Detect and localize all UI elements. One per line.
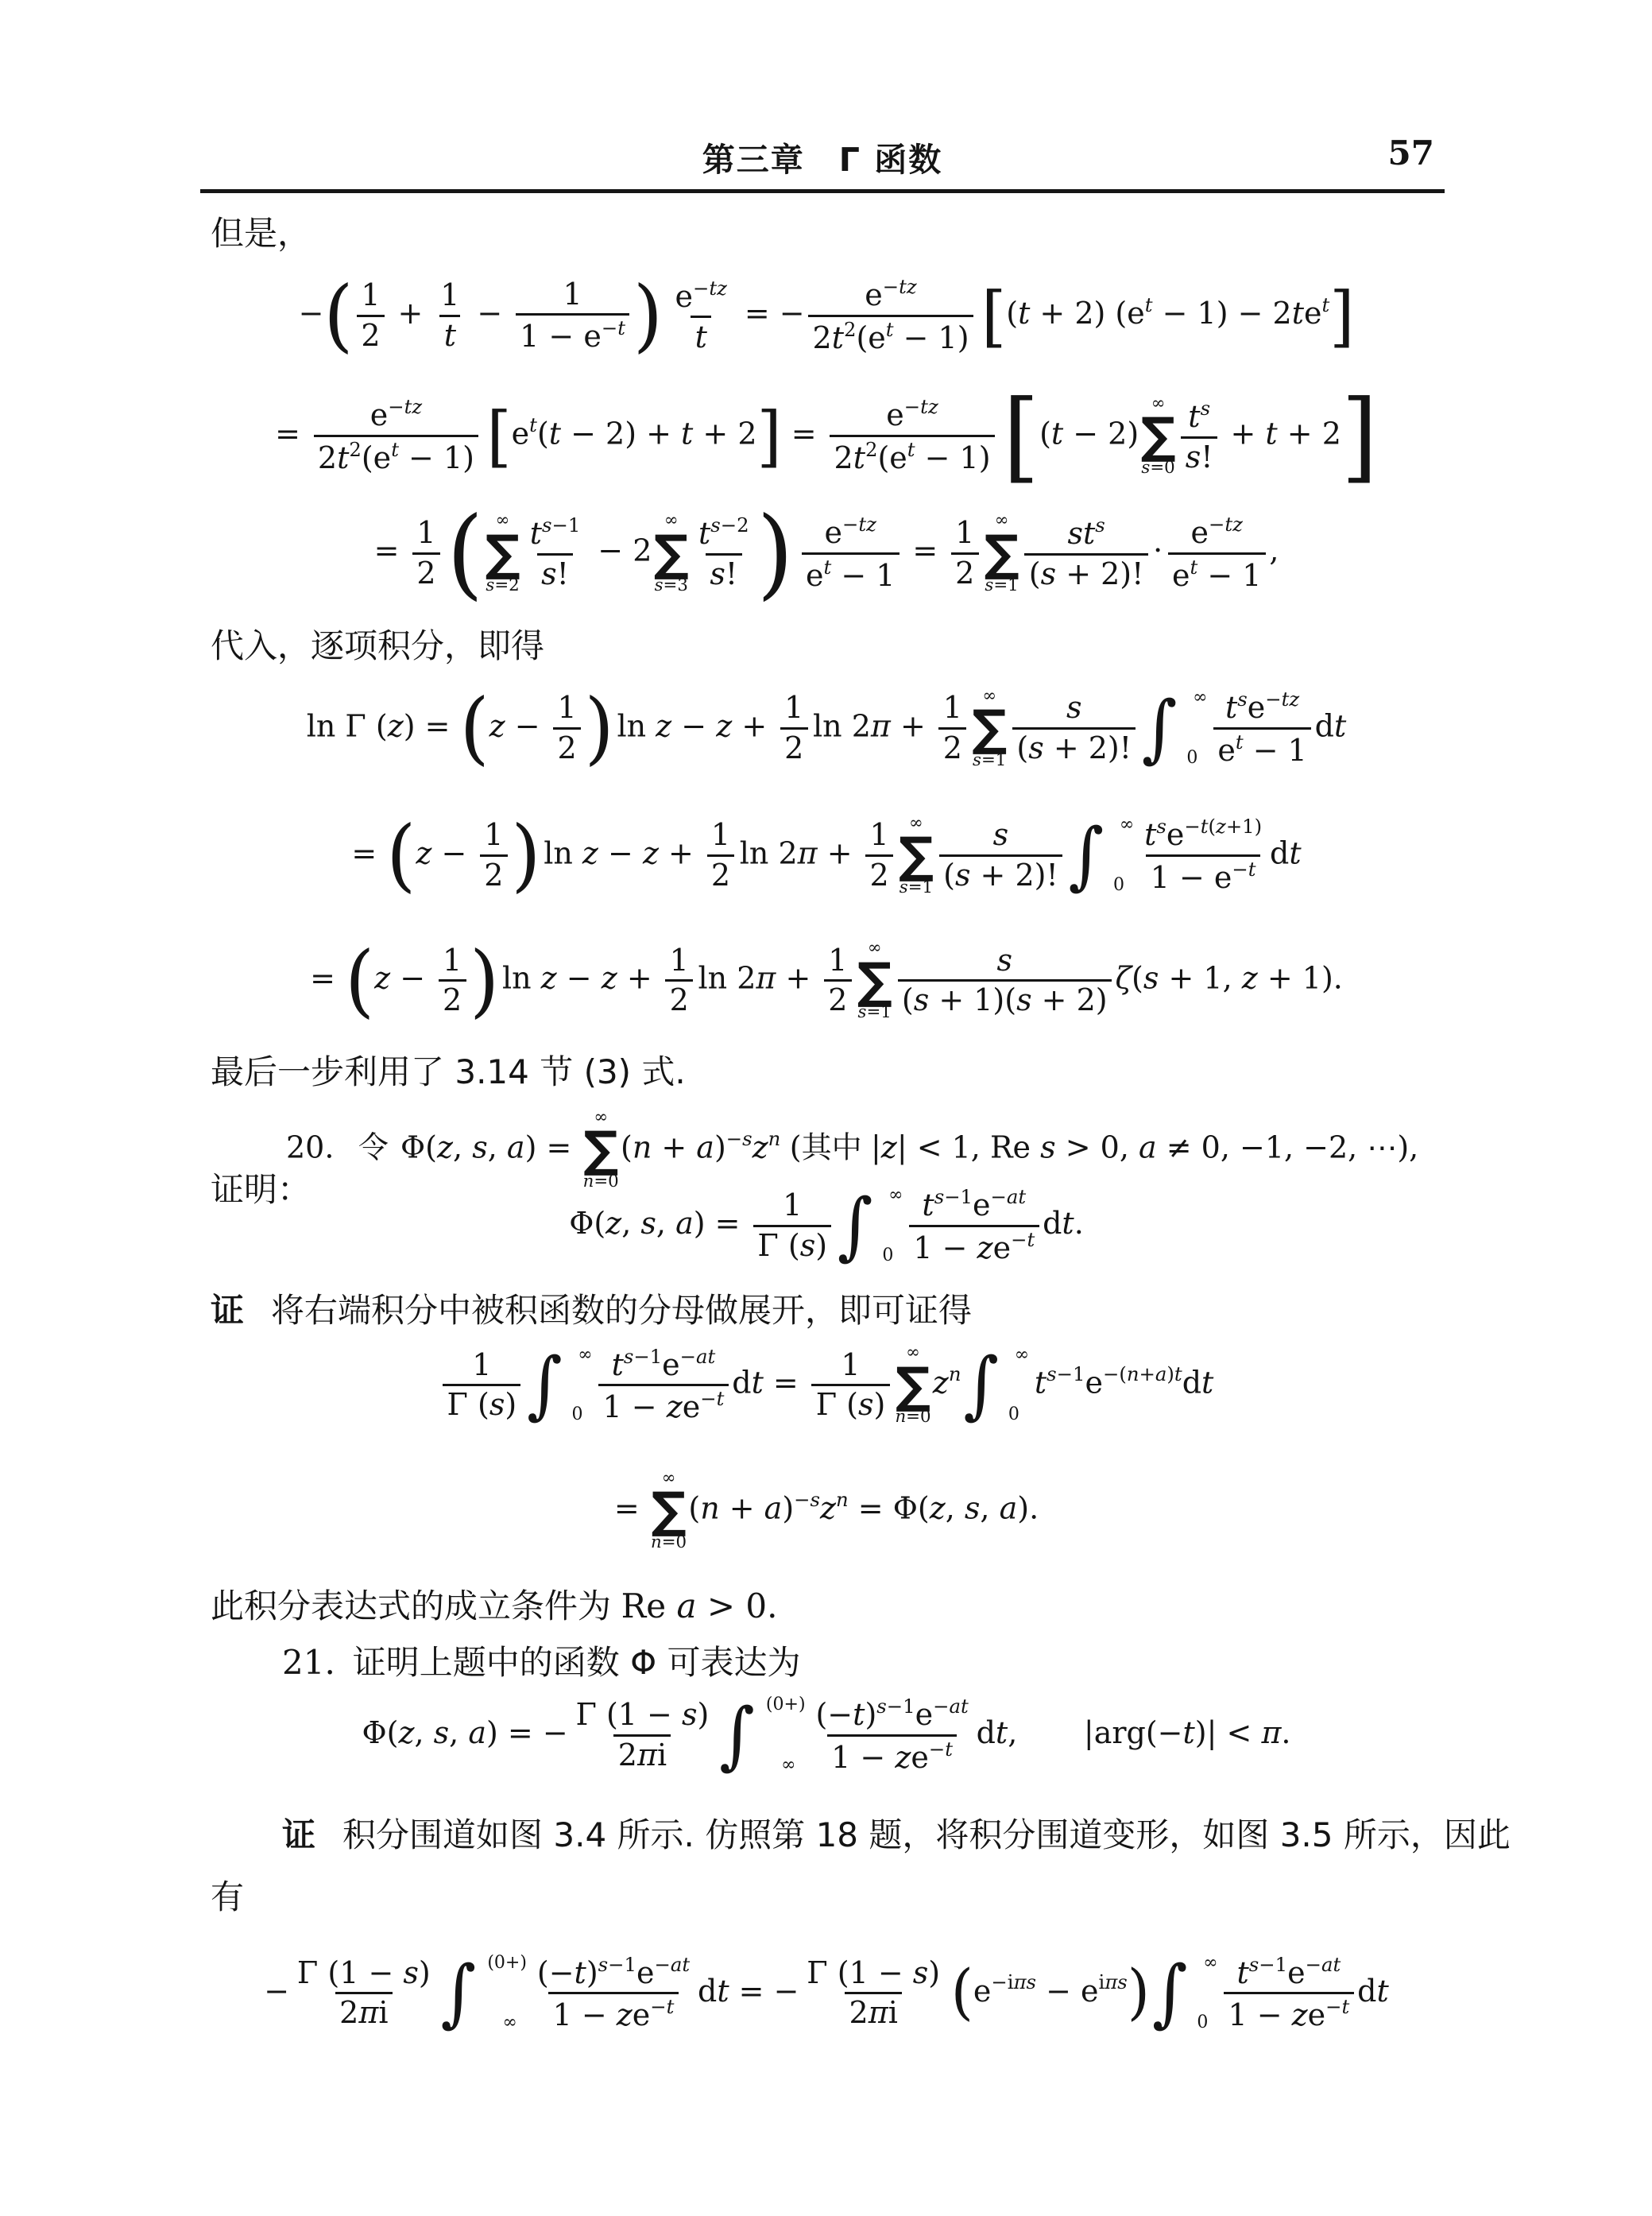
math-mr: e — [973, 1187, 991, 1222]
math-mr: ! — [725, 556, 737, 591]
math-mr: + 2)! — [1044, 730, 1132, 765]
math-mr: , — [488, 1129, 507, 1164]
chapter-number: 第三章 — [702, 141, 805, 179]
math-mr: 2 — [558, 730, 577, 765]
math-mfrac: 11 − e−t — [516, 276, 629, 357]
math-mi: s — [914, 982, 930, 1017]
math-mi: t — [667, 1995, 675, 2018]
math-mr: ! — [1201, 440, 1213, 475]
math-mi: a — [1139, 1129, 1157, 1164]
math-mr: 2 — [865, 438, 877, 461]
math-mi: t — [717, 1973, 729, 2008]
math-mr: d — [1357, 1973, 1376, 2008]
math-ilim: ∞ — [781, 1757, 795, 1774]
math-mfrac: s(s + 1)(s + 2) — [898, 942, 1112, 1021]
math-mr: − — [654, 1953, 670, 1976]
math-mr: 1 — [670, 943, 689, 978]
math-mr: − — [602, 316, 617, 339]
math-fnum: e−tz — [671, 276, 731, 316]
math-mi: n — [768, 1127, 781, 1150]
math-mr: ( — [1209, 815, 1217, 838]
math-mi: t — [1174, 1362, 1182, 1385]
math-msup: s — [1201, 398, 1210, 420]
math-slim: s=3 — [655, 576, 688, 595]
math-mr: − e — [1036, 1973, 1099, 2008]
math-fnum: s — [1062, 689, 1086, 727]
math-fnum: 1 — [780, 689, 808, 727]
paragraph-last-step: 最后一步利用了 3.14 节 (3) 式. — [135, 1047, 1518, 1097]
math-mr: (e — [856, 320, 885, 355]
math-fnum: e−tz — [366, 394, 426, 435]
math-mr: + 2 — [1278, 416, 1341, 451]
math-msup: −at — [680, 1346, 716, 1368]
math-msup: t — [529, 416, 537, 435]
math-msup: s — [1156, 816, 1166, 838]
math-mdel: ( — [386, 822, 416, 889]
math-mr: ) — [782, 1490, 794, 1525]
math-fnum: 1 — [665, 942, 693, 980]
math-fnum: tse−tz — [1221, 687, 1304, 727]
math-mi: t — [444, 318, 456, 353]
math-mfrac: sts(s + 2)! — [1024, 513, 1147, 594]
math-mr: − — [431, 835, 476, 870]
math-msup: −tz — [842, 514, 876, 536]
math-sgl: ∑ — [1140, 413, 1175, 459]
math-mr: e — [886, 397, 904, 432]
math-mi: a — [696, 1129, 714, 1164]
math-mr: 1 — [783, 1187, 802, 1222]
math-mi: t — [1144, 817, 1156, 852]
math-mi: s — [965, 1490, 981, 1525]
math-mr: e — [370, 397, 389, 432]
math-msup: −tz — [1209, 514, 1243, 536]
math-mi: s — [996, 943, 1012, 978]
math-mr: ( — [1132, 960, 1143, 995]
math-mr: ( — [1006, 296, 1018, 331]
math-mi: t — [1051, 416, 1063, 451]
math-mr: 0 — [882, 1246, 893, 1265]
math-mi: s — [1041, 556, 1057, 591]
math-fnum: 1 — [824, 942, 852, 980]
chapter-heading: 第三章 Γ 函数 — [203, 134, 1442, 180]
math-mr: Γ ( — [447, 1387, 489, 1422]
math-mr: = − — [735, 296, 805, 331]
math-mr: ∞ — [781, 1755, 795, 1775]
math-mr: + — [891, 708, 935, 743]
math-slim: s=0 — [1141, 459, 1174, 478]
math-mfrac: Γ (1 − s)2πi — [293, 1954, 435, 2033]
math-sgl: ∑ — [899, 833, 934, 878]
math-mi: z — [752, 1129, 768, 1164]
math-mi: t — [549, 416, 561, 451]
math-mr: = − — [729, 1973, 799, 2008]
math-mint: ∫∞0 — [964, 1351, 1030, 1420]
math-mr: (e — [362, 440, 391, 475]
math-mr: = — [614, 1490, 649, 1525]
math-mr: − — [693, 277, 709, 300]
math-mdel: ) — [585, 695, 614, 762]
math-mr: · — [1153, 533, 1163, 568]
math-fnum: 1 — [951, 514, 979, 552]
math-msup: s−1 — [876, 1696, 915, 1718]
math-mc: 其中 — [802, 1129, 862, 1164]
math-mr: + — [818, 835, 862, 870]
math-mi: n — [836, 1488, 849, 1511]
math-mr: Γ (1 − — [297, 1955, 403, 1990]
math-mr: + 2)! — [1056, 556, 1143, 591]
math-mr: −1 — [944, 1185, 973, 1208]
math-mr: Γ ( — [816, 1387, 858, 1422]
math-mr: |arg(− — [1084, 1715, 1183, 1750]
math-msup: −tz — [693, 278, 727, 300]
math-mr: e — [662, 1347, 680, 1382]
math-fnum: ts — [1184, 396, 1214, 436]
math-fnum: 1 — [938, 689, 966, 727]
math-mr: − — [883, 275, 899, 298]
math-mr: , — [946, 1490, 965, 1525]
math-mr: 0 — [1008, 1404, 1019, 1424]
equation-identity-line-1: −(12 + 1t − 11 − e−t)e−tzt = −e−tz2t2(et… — [135, 263, 1518, 369]
math-mr: ) — [714, 1129, 726, 1164]
math-mfrac: s(s + 2)! — [1012, 689, 1136, 768]
math-mi: π — [869, 1995, 888, 2030]
math-mr: − — [933, 1695, 949, 1718]
math-mr: =0 — [906, 1407, 930, 1427]
math-mi: z — [643, 835, 659, 870]
math-fden: 2 — [553, 727, 581, 768]
math-mfrac: e−tz2t2(et − 1) — [314, 394, 479, 478]
math-mr: ∞ — [1193, 688, 1207, 707]
math-mi: tz — [1282, 688, 1300, 711]
math-mr: e — [675, 279, 693, 314]
math-mr: ) — [815, 1228, 827, 1263]
math-mi: tz — [858, 513, 876, 536]
math-msup: 2 — [844, 320, 856, 341]
problem-21-text: 证明上题中的函数 Φ 可表达为 — [353, 1643, 801, 1682]
math-mr: d — [1043, 1206, 1062, 1241]
math-mi: s — [858, 1002, 867, 1022]
math-fnum: Γ (1 − s) — [803, 1954, 944, 1993]
math-mr: ∞ — [888, 1185, 903, 1205]
math-fden: 2t2(et − 1) — [830, 435, 995, 478]
math-mr: i — [378, 1995, 388, 2030]
math-fden: t — [691, 316, 711, 356]
math-fnum: Γ (1 − s) — [293, 1954, 435, 1993]
math-mr: ( — [943, 858, 955, 893]
math-mdel: ] — [1329, 288, 1354, 344]
math-fden: 2 — [865, 854, 893, 895]
math-mr: , — [453, 1129, 472, 1164]
math-mr: − — [390, 960, 435, 995]
math-msup: −tz — [388, 397, 422, 418]
math-mfrac: 12 — [480, 816, 508, 895]
math-mr: 1 — [361, 277, 380, 312]
math-sgl: ∑ — [651, 1488, 686, 1533]
math-mi: s — [486, 575, 494, 595]
math-msup: −(n+a)t — [1103, 1365, 1182, 1384]
math-mi: t — [1322, 293, 1330, 316]
math-mr: , — [449, 1715, 468, 1750]
math-msup: −tz — [904, 397, 938, 418]
math-mr: e — [973, 1973, 992, 2008]
math-fnum: e−tz — [882, 394, 942, 435]
math-mr: 2 — [834, 440, 853, 475]
math-mr: (− — [815, 1697, 853, 1732]
math-mr: − 1) − 2 — [1153, 296, 1292, 331]
math-mfrac: 12 — [439, 942, 466, 1021]
math-mr: 1 — [484, 817, 503, 852]
math-mr: ) — [419, 1955, 431, 1990]
math-mr: (− — [537, 1955, 575, 1990]
math-mi: s — [913, 1955, 929, 1990]
math-fden: 1 − ze−t — [827, 1734, 958, 1777]
math-msup: −t — [929, 1739, 953, 1761]
math-mr: − — [299, 296, 324, 331]
math-fnum: 1 — [837, 1346, 865, 1385]
math-fden: Γ (s) — [811, 1384, 889, 1424]
math-slim: s=1 — [858, 1003, 892, 1022]
math-mr: Γ ( — [757, 1228, 799, 1263]
math-mi: z — [541, 960, 557, 995]
math-mi: s — [876, 1695, 886, 1718]
math-msup: t — [886, 320, 894, 341]
math-mr: 2 — [339, 1995, 358, 2030]
math-mr: + — [652, 1129, 696, 1164]
math-fnum: 1 — [412, 514, 440, 552]
math-mr: Γ (1 − — [807, 1955, 912, 1990]
math-sgl: ∑ — [984, 531, 1019, 576]
math-mi: s — [710, 513, 720, 537]
math-mr: 2 — [318, 440, 337, 475]
math-mr: − — [726, 1127, 742, 1150]
math-mi: z — [667, 1390, 683, 1425]
math-mdel: ( — [323, 282, 353, 350]
equation-lngamma-line-3: = (z − 12)ln z − z + 12ln 2π + 12∞∑s=1s(… — [135, 928, 1518, 1034]
math-mfrac: 12 — [665, 942, 693, 1021]
math-mi: s — [955, 858, 971, 893]
math-mr: =0 — [1150, 458, 1174, 478]
math-mr: − 1 — [831, 558, 895, 593]
math-msum: ∞∑s=3 — [654, 511, 689, 595]
math-mi: s — [682, 1697, 698, 1732]
math-fden: 2 — [665, 979, 693, 1020]
math-mr: − — [904, 395, 920, 418]
math-mdel: ) — [756, 512, 793, 595]
math-ilim: ∞ — [503, 2014, 517, 2032]
math-fden: (s + 2)! — [939, 854, 1062, 895]
math-msup: −at — [933, 1696, 969, 1718]
math-mi: z — [416, 835, 431, 870]
page-header: 第三章 Γ 函数 57 — [203, 134, 1442, 181]
math-mr: − — [467, 296, 512, 331]
equation-lngamma-line-1: ln Γ (z) = (z − 12)ln z − z + 12ln 2π + … — [135, 676, 1518, 782]
math-mr: 1 − e — [1151, 860, 1232, 895]
math-mi: t — [1292, 296, 1304, 331]
page-content: 但是， −(12 + 1t − 11 − e−t)e−tzt = −e−tz2t… — [135, 208, 1518, 2046]
math-fnum: tse−t(z+1) — [1140, 814, 1267, 854]
math-fnum: (−t)s−1e−at — [533, 1952, 694, 1993]
math-sgl: ∑ — [485, 531, 520, 576]
equation-identity-line-3: = 12(∞∑s=2ts−1s! − 2∞∑s=3ts−2s!)e−tzet −… — [135, 500, 1518, 606]
math-mr: 1 − — [1228, 1998, 1291, 2033]
math-mr: =0 — [662, 1532, 687, 1552]
math-mfrac: Γ (1 − s)2πi — [571, 1696, 713, 1775]
math-mi: s — [1143, 960, 1159, 995]
math-mr: 0 — [1113, 875, 1124, 895]
math-fden: et − 1 — [802, 552, 900, 595]
math-mr: + — [659, 835, 703, 870]
math-mr: ) — [928, 1955, 940, 1990]
math-mfrac: Γ (1 − s)2πi — [803, 1954, 944, 2033]
math-mr: 1 — [416, 515, 435, 550]
math-mr: ! — [557, 556, 569, 591]
math-mr: ( — [621, 1129, 633, 1164]
math-fnum: ts−1e−at — [1232, 1952, 1344, 1993]
math-mi: t — [575, 1955, 586, 1990]
math-mr: + — [1221, 416, 1265, 451]
math-mi: t — [717, 1387, 725, 1410]
math-mdel: [ — [981, 288, 1006, 344]
math-msup: n — [836, 1490, 849, 1509]
math-igl: ∫ — [1142, 692, 1178, 765]
math-mdel: [ — [1003, 394, 1039, 478]
math-mi: s — [1201, 397, 1210, 420]
math-msup: −t — [700, 1389, 724, 1410]
math-fden: et − 1 — [1213, 727, 1311, 770]
math-igl: ∫ — [1069, 819, 1105, 892]
math-mi: s — [403, 1955, 419, 1990]
chapter-title: Γ 函数 — [839, 141, 942, 179]
math-mr: , — [980, 1490, 999, 1525]
math-mi: z — [617, 1998, 633, 2033]
math-mc: 令 — [358, 1129, 389, 1164]
math-mr: =3 — [664, 575, 688, 595]
math-msup: s−1 — [1249, 1954, 1287, 1976]
math-mi: s — [598, 1953, 608, 1976]
equation-contour-transform: −Γ (1 − s)2πi∫(0+)∞(−t)s−1e−at1 − ze−tdt… — [135, 1941, 1518, 2047]
math-msup: −t — [1232, 859, 1255, 881]
math-mi: s — [541, 556, 557, 591]
math-mfrac: ts−1e−at1 − ze−t — [909, 1184, 1039, 1268]
math-mr: + 2) (e — [1030, 296, 1144, 331]
math-mi: t — [1145, 293, 1153, 316]
math-mr: e — [512, 416, 530, 451]
math-mr: + 1, — [1159, 960, 1241, 995]
math-mi: at — [696, 1345, 715, 1368]
math-mr: ≠ 0, −1, −2, ⋯), — [1157, 1129, 1419, 1164]
header-divider — [200, 189, 1445, 193]
math-mi: t — [853, 1697, 865, 1732]
math-mi: z — [716, 708, 732, 743]
math-mi: s — [542, 513, 551, 537]
math-mi: t — [1201, 1365, 1213, 1400]
math-fnum: e−tz — [1186, 512, 1247, 552]
math-mi: a — [1000, 1490, 1018, 1525]
math-mr: 2 — [813, 320, 832, 355]
math-mr: ) — [1166, 1362, 1174, 1385]
math-mi: t — [1183, 1715, 1195, 1750]
math-mr: i — [888, 1995, 898, 2030]
math-mdel: ] — [1341, 394, 1378, 478]
paragraph-problem-21: 21.证明上题中的函数 Φ 可表达为 — [135, 1637, 1518, 1687]
math-mr: d — [698, 1973, 717, 2008]
math-mr: e — [1191, 515, 1209, 550]
math-fden: 2πi — [845, 1992, 902, 2032]
math-mr: 1 — [440, 277, 459, 312]
math-mr: = — [275, 416, 310, 451]
math-mi: t — [945, 1738, 953, 1761]
math-mr: 0 — [571, 1404, 582, 1424]
math-mr: + 2) — [1032, 982, 1108, 1017]
math-mi: z — [437, 1129, 453, 1164]
math-mr: + 2)! — [970, 858, 1058, 893]
math-mr: ln Γ ( — [307, 708, 388, 743]
math-mr: (0+) — [487, 1953, 527, 1973]
math-slim: s=1 — [985, 576, 1018, 595]
math-mr: 2 — [844, 318, 856, 341]
math-mfrac: ts−2s! — [694, 513, 753, 594]
math-mi: t — [1190, 556, 1198, 579]
math-mi: t — [886, 318, 894, 341]
paragraph-proof21: 证积分围道如图 3.4 所示. 仿照第 18 题，将积分围道变形，如图 3.5 … — [135, 1804, 1518, 1927]
math-mr: ∞ — [1015, 1345, 1029, 1365]
math-msup: −at — [654, 1954, 690, 1976]
math-fden: s! — [537, 553, 573, 594]
math-mi: s — [624, 1345, 633, 1368]
math-mi: t — [922, 1187, 934, 1222]
math-mr: ln — [544, 835, 582, 870]
math-mr: + — [732, 708, 776, 743]
math-mr: ) — [698, 1697, 710, 1732]
math-mr: e — [1287, 1955, 1306, 1990]
math-msum: ∞∑n=0 — [583, 1108, 619, 1192]
math-fnum: s — [988, 816, 1012, 854]
page-number: 57 — [1388, 134, 1434, 172]
math-mr: . — [1281, 1715, 1290, 1750]
math-mi: π — [756, 960, 776, 995]
math-mi: s — [1249, 1953, 1259, 1976]
math-igl: ∫ — [838, 1190, 873, 1263]
math-mi: a — [507, 1129, 525, 1164]
math-mr: − — [1325, 1995, 1341, 2018]
math-mr: )| < — [1195, 1715, 1262, 1750]
math-mi: t — [1237, 1955, 1249, 1990]
math-mr: − — [1011, 1228, 1027, 1251]
math-mr: 2 — [349, 438, 361, 461]
math-mr: −1 — [552, 513, 581, 537]
math-fden: 2 — [938, 727, 966, 768]
math-mi: z — [398, 1715, 414, 1750]
math-mr: 1 − — [831, 1740, 895, 1775]
math-mr: > 0. — [697, 1586, 778, 1625]
math-mi: t — [1248, 858, 1256, 881]
math-fnum: ts−2 — [694, 513, 753, 553]
math-igl: ∫ — [441, 1957, 477, 2030]
math-mr: =1 — [908, 877, 933, 897]
math-sgl: ∑ — [857, 959, 892, 1004]
math-mr: 0 — [1186, 748, 1197, 768]
math-fnum: 1 — [357, 277, 385, 315]
math-msup: −t — [1011, 1230, 1035, 1251]
math-mi: z — [374, 960, 390, 995]
math-mi: t — [1225, 690, 1237, 725]
math-fden: et − 1 — [1168, 552, 1266, 595]
math-msup: t — [823, 557, 831, 579]
math-mfrac: 12 — [412, 514, 440, 593]
math-mr: 1 — [563, 277, 582, 312]
math-mi: t — [698, 516, 710, 551]
math-ilim: ∞ — [1203, 1954, 1217, 1972]
